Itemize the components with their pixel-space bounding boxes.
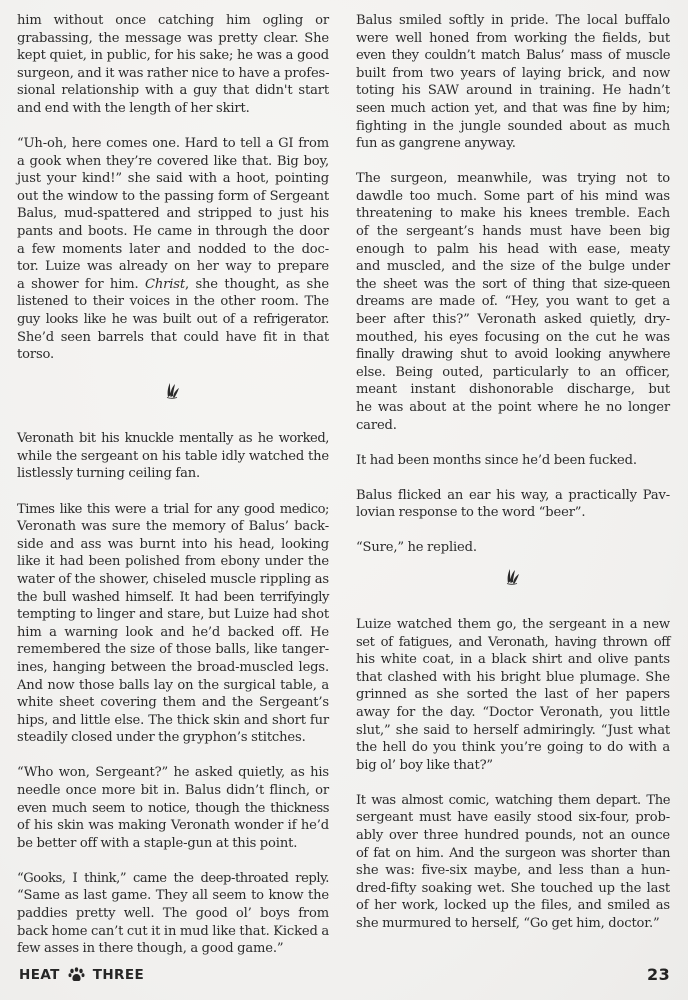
text-line: she was: five-six maybe, and less than a… [356,862,670,880]
text-line: fighting in the jungle sounded about as … [356,118,670,136]
text-line: “Sure,” he replied. [356,539,670,557]
paw-print-icon [68,967,85,983]
text-line: few asses in there though, a good game.” [17,940,329,958]
text-line: steadily closed under the gryphon’s stit… [17,729,329,747]
text-line: She’d seen barrels that could have fit i… [17,329,329,347]
text-line: that clashed with his bright blue plumag… [356,669,670,687]
paragraph: him without once catching him ogling or … [17,12,329,118]
paragraph: Times like this were a trial for any goo… [17,501,329,747]
text-line: ably over three hundred pounds, not an o… [356,827,670,845]
text-line: Balus smiled softly in pride. The local … [356,12,670,30]
text-line: hips, and little else. The thick skin an… [17,712,329,730]
text-line: white sheet covering them and the Sergea… [17,694,329,712]
flame-leaf-ornament-icon [17,381,329,409]
text-line: just your kind!” she said with a hoot, p… [17,170,329,188]
text-line: finally drawing shut to avoid looking an… [356,346,670,364]
text-line: like it had been polished from ebony und… [17,553,329,571]
text-line: even much seem to notice, though the thi… [17,800,329,818]
text-line: Veronath bit his knuckle mentally as he … [17,430,329,448]
text-line: the bull washed himself. It had been ter… [17,589,329,607]
text-line: him a warning look and he’d backed off. … [17,624,329,642]
text-line: cared. [356,417,670,435]
text-line: “Gooks, I think,” came the deep-throated… [17,870,329,888]
paragraph: “Gooks, I think,” came the deep-throated… [17,870,329,958]
text-line: listened to their voices in the other ro… [17,293,329,311]
paragraph: It was almost comic, watching them depar… [356,792,670,933]
text-line: dred-fifty soaking wet. She touched up t… [356,880,670,898]
left-column: him without once catching him ogling or … [17,12,329,975]
text-line: be better off with a staple-gun at this … [17,835,329,853]
text-line: the sheet was the sort of thing that siz… [356,276,670,294]
paragraph: “Sure,” he replied. [356,539,670,557]
text-line: a few moments later and nodded to the do… [17,241,329,259]
text-line: fun as gangrene anyway. [356,135,670,153]
text-line: dreams are made of. “Hey, you want to ge… [356,293,670,311]
text-line: lovian response to the word “beer”. [356,504,670,522]
text-line: tor. Luize was already on her way to pre… [17,258,329,276]
text-line: him without once catching him ogling or [17,12,329,30]
paragraph: Balus flicked an ear his way, a practica… [356,487,670,522]
text-line: she murmured to herself, “Go get him, do… [356,915,670,933]
text-line: mouthed, his eyes focusing on the cut he… [356,329,670,347]
text-line: It had been months since he’d been fucke… [356,452,670,470]
text-line: sergeant must have easily stood six-four… [356,809,670,827]
text-line: big ol’ boy like that?” [356,757,670,775]
text-line: Balus flicked an ear his way, a practica… [356,487,670,505]
paragraph: Luize watched them go, the sergeant in a… [356,616,670,774]
flame-leaf-ornament-icon [356,567,670,595]
text-line: and end with the length of her skirt. [17,100,329,118]
text-line: sional relationship with a guy that didn… [17,82,329,100]
text-line: meant instant dishonorable discharge, bu… [356,381,670,399]
text-line: even they couldn’t match Balus’ mass of … [356,47,670,65]
text-line: were well honed from working the fields,… [356,30,670,48]
text-line: kept quiet, in public, for his sake; he … [17,47,329,65]
text-line: out the window to the passing form of Se… [17,188,329,206]
text-line: else. Being outed, particularly to an of… [356,364,670,382]
magazine-title-heat: HEAT [19,967,60,983]
text-line: back home can’t cut it in mud like that.… [17,923,329,941]
magazine-footer: HEAT THREE [19,967,144,983]
text-line: grinned as she sorted the last of her pa… [356,686,670,704]
text-line: away for the day. “Doctor Veronath, you … [356,704,670,722]
text-line: needle once more bit in. Balus didn’t fl… [17,782,329,800]
text-line: “Same as last game. They all seem to kno… [17,887,329,905]
text-fragment: , she thought, as she [185,277,329,292]
text-line: his white coat, in a black shirt and oli… [356,651,670,669]
text-line: Balus, mud-spattered and stripped to jus… [17,205,329,223]
text-line: of his skin was making Veronath wonder i… [17,817,329,835]
text-line: guy looks like he was built out of a ref… [17,311,329,329]
text-line: It was almost comic, watching them depar… [356,792,670,810]
right-column: Balus smiled softly in pride. The local … [356,12,670,950]
text-line: Luize watched them go, the sergeant in a… [356,616,670,634]
text-line: beer after this?” Veronath asked quietly… [356,311,670,329]
text-line: Veronath was sure the memory of Balus’ b… [17,518,329,536]
page-number: 23 [647,965,670,984]
paragraph: Balus smiled softly in pride. The local … [356,12,670,153]
text-line: remembered the size of those balls, like… [17,641,329,659]
text-line: and muscled, and the size of the bulge u… [356,258,670,276]
text-line: built from two years of laying brick, an… [356,65,670,83]
text-line: surgeon, and it was rather nice to have … [17,65,329,83]
magazine-title-three: THREE [93,967,144,983]
text-line: while the sergeant on his table idly wat… [17,448,329,466]
magazine-page: him without once catching him ogling or … [0,0,688,1000]
text-line: tempting to linger and stare, but Luize … [17,606,329,624]
text-line: ines, hanging between the broad-muscled … [17,659,329,677]
text-line: a gook when they’re covered like that. B… [17,153,329,171]
text-line: paddies pretty well. The good ol’ boys f… [17,905,329,923]
text-line: he was about at the point where he no lo… [356,399,670,417]
text-line: grabassing, the message was pretty clear… [17,30,329,48]
text-line: threatening to make his knees tremble. E… [356,205,670,223]
text-line: of the sergeant’s hands must have been b… [356,223,670,241]
text-line: “Who won, Sergeant?” he asked quietly, a… [17,764,329,782]
text-line: dawdle too much. Some part of his mind w… [356,188,670,206]
paragraph: “Uh-oh, here comes one. Hard to tell a G… [17,135,329,364]
paragraph: It had been months since he’d been fucke… [356,452,670,470]
text-line: And now those balls lay on the surgical … [17,677,329,695]
paragraph: Veronath bit his knuckle mentally as he … [17,430,329,483]
text-line: of her work, locked up the files, and sm… [356,897,670,915]
text-line: “Uh-oh, here comes one. Hard to tell a G… [17,135,329,153]
text-line: seen much action yet, and that was fine … [356,100,670,118]
text-line: side and ass was burnt into his head, lo… [17,536,329,554]
paragraph: The surgeon, meanwhile, was trying not t… [356,170,670,434]
text-line-with-italic: a shower for him. Christ, she thought, a… [17,276,329,294]
text-line: water of the shower, chiseled muscle rip… [17,571,329,589]
text-line: set of fatigues, and Veronath, having th… [356,634,670,652]
text-line: torso. [17,346,329,364]
text-line: pants and boots. He came in through the … [17,223,329,241]
text-line: listlessly turning ceiling fan. [17,465,329,483]
text-fragment: a shower for him. [17,277,139,292]
text-line: enough to palm his head with ease, meaty [356,241,670,259]
paragraph: “Who won, Sergeant?” he asked quietly, a… [17,764,329,852]
text-line: slut,” she said to herself admiringly. “… [356,722,670,740]
text-line: of fat on him. And the surgeon was short… [356,845,670,863]
text-line: Times like this were a trial for any goo… [17,501,329,519]
text-line: the hell do you think you’re going to do… [356,739,670,757]
italic-thought: Christ [145,277,185,292]
text-line: toting his SAW around in training. He ha… [356,82,670,100]
text-line: The surgeon, meanwhile, was trying not t… [356,170,670,188]
